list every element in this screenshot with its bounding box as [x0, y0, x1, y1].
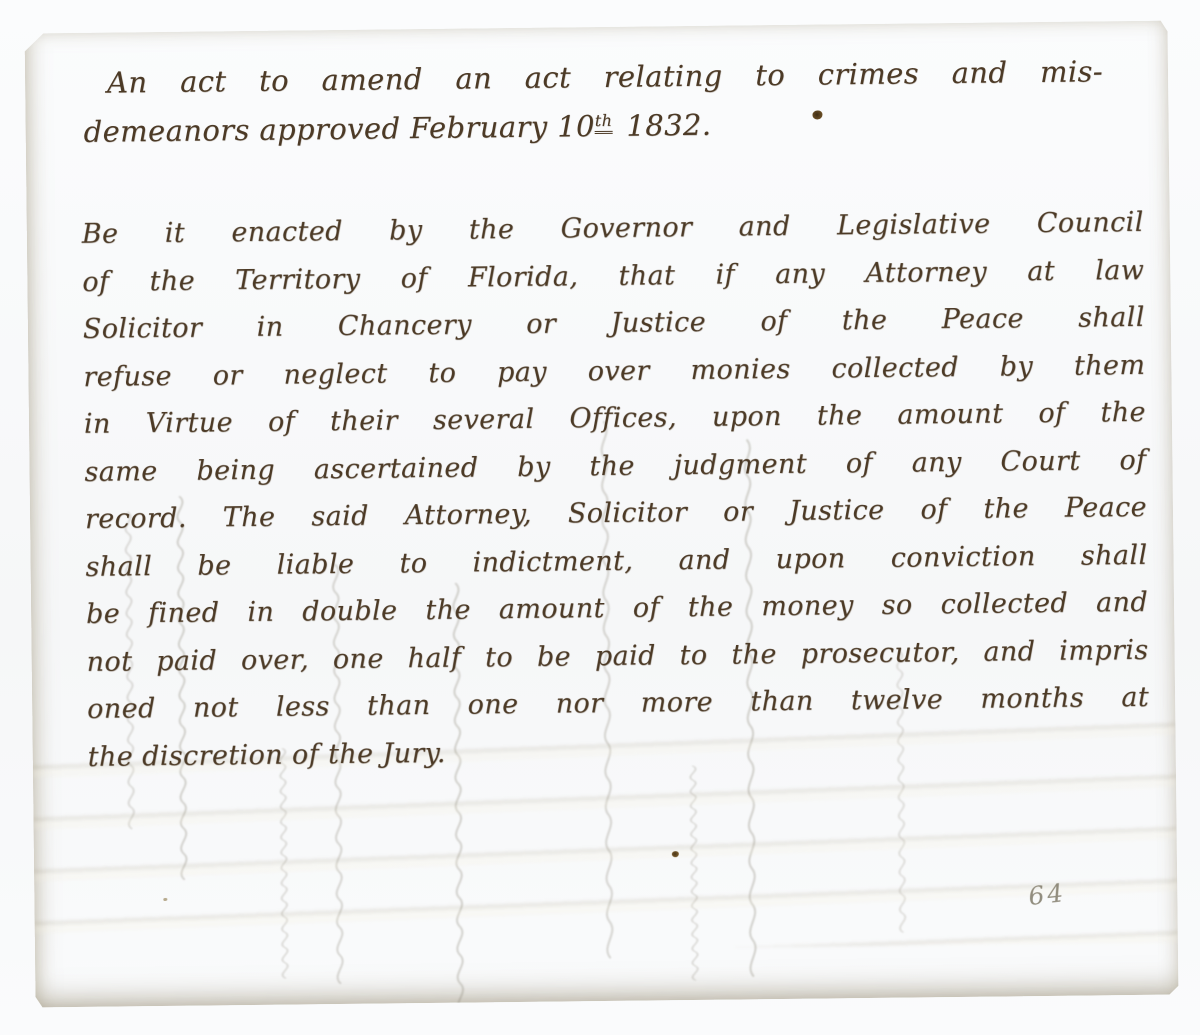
page-number: 64 — [1027, 878, 1068, 911]
document-body: Be it enacted by the Governor and Legisl… — [82, 199, 1150, 781]
ink-spot — [163, 898, 167, 901]
document-heading: An act to amend an act relating to crime… — [83, 47, 1104, 157]
document-page: An act to amend an act relating to crime… — [25, 21, 1179, 1008]
heading-day-number: 10 — [557, 109, 595, 143]
heading-year: 1832. — [626, 108, 711, 143]
heading-line-2: demeanors approved February 10th1832. — [83, 96, 1103, 157]
scan-backdrop: An act to amend an act relating to crime… — [0, 0, 1200, 1035]
heading-line2-prefix: demeanors approved February — [83, 109, 557, 148]
heading-day-ordinal: th — [595, 111, 613, 134]
ink-spot — [672, 851, 679, 857]
